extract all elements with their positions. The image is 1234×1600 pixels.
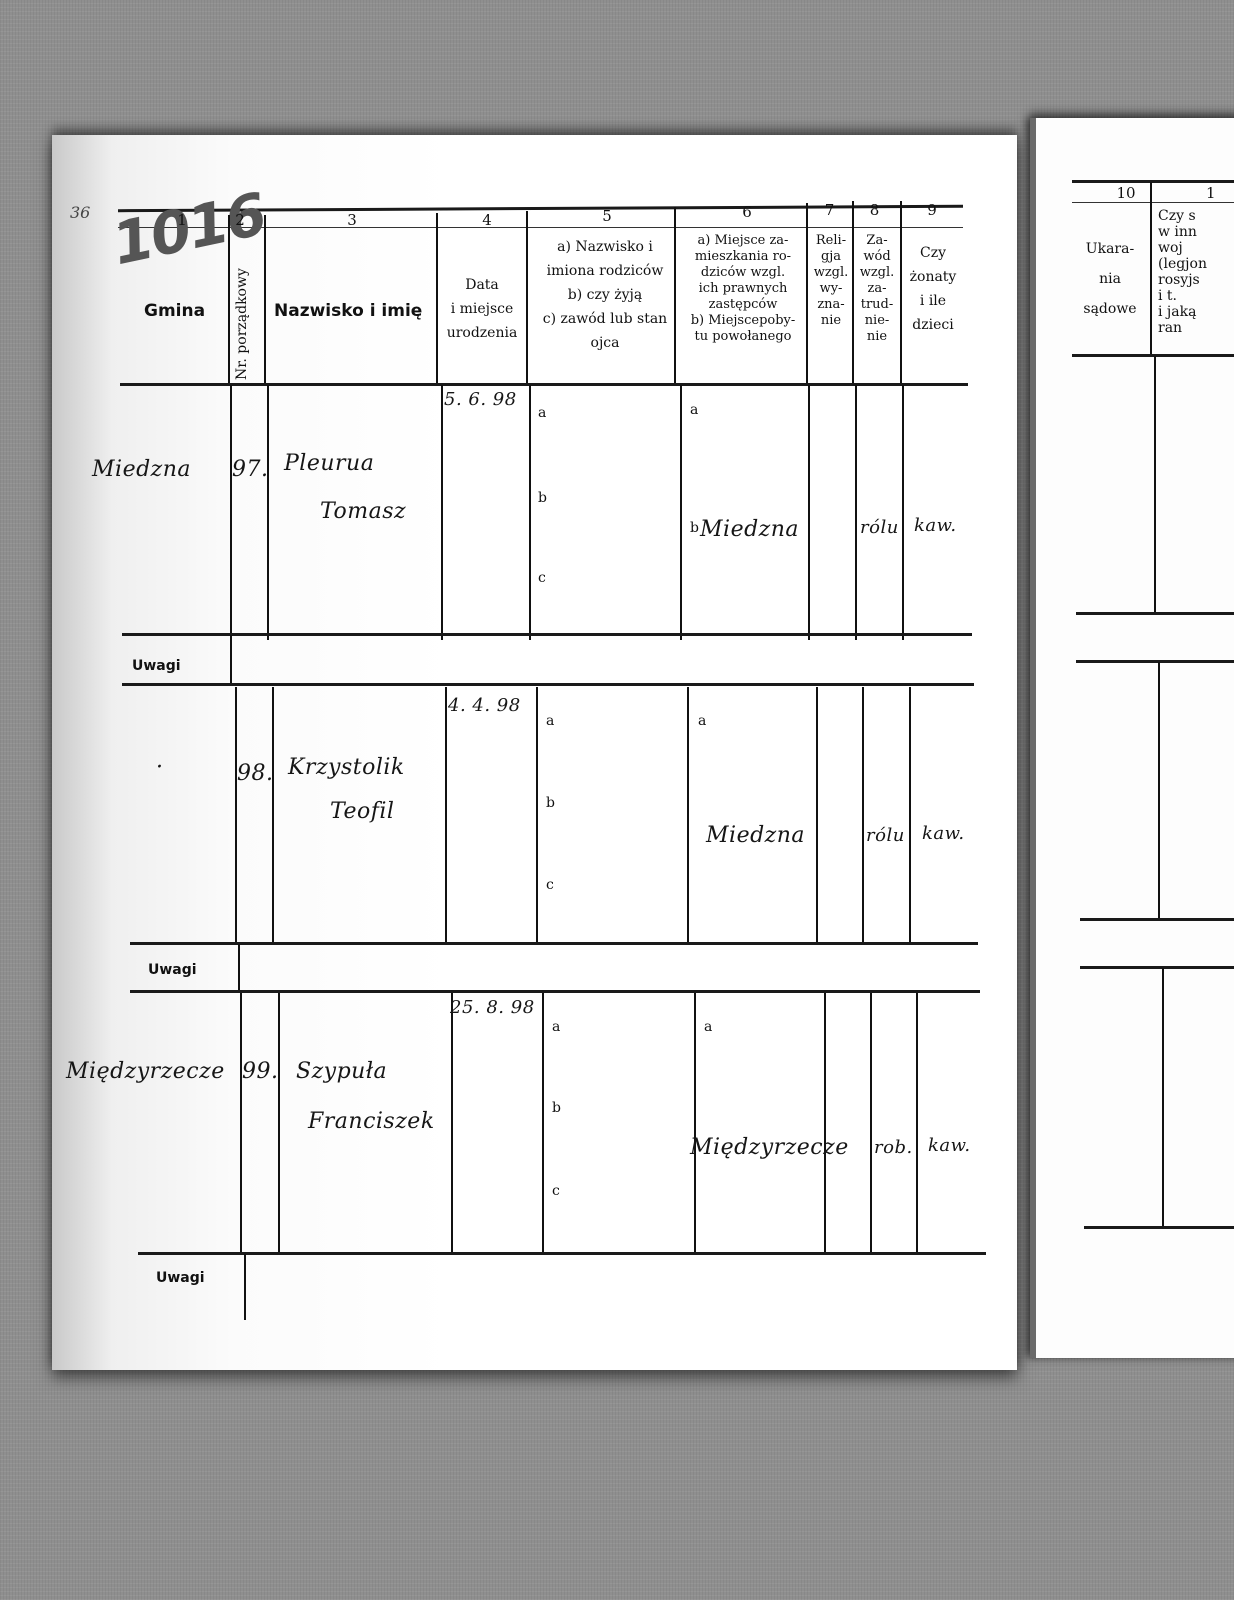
col-divider: [526, 211, 528, 383]
record-1-uwagi-rule: [122, 683, 974, 686]
header-rodzice-a: a) Nazwisko i: [530, 235, 680, 259]
header-zawod-line: za-: [854, 281, 900, 297]
col-divider: [808, 385, 810, 640]
record-1-label-a: a: [538, 405, 546, 421]
record-2-miejsce-a: a: [698, 713, 706, 729]
header-nazwisko-imie: Nazwisko i imię: [274, 301, 422, 321]
record-3-miejsce-a: a: [704, 1019, 712, 1035]
right-header-top-rule: [1072, 180, 1234, 183]
header-religia-line: wzgl.: [808, 265, 854, 281]
header-zawod-line: Za-: [854, 233, 900, 249]
col-divider: [674, 207, 676, 383]
col-divider: [436, 213, 438, 383]
header-ukarania-line: Ukara-: [1068, 234, 1152, 264]
header-religia: Reli- gja wzgl. wy- zna- nie: [808, 233, 854, 329]
uwagi-divider: [244, 1254, 246, 1320]
col-divider: [451, 993, 453, 1255]
uwagi-divider: [230, 635, 232, 685]
record-1-miejsce-a: a: [690, 402, 698, 418]
column-number-2: 2: [230, 211, 250, 229]
record-1-nr: 97.: [232, 457, 269, 482]
record-3-nr: 99.: [242, 1059, 279, 1084]
col-divider: [240, 993, 242, 1255]
record-2-zawod: rólu: [866, 825, 905, 846]
header-miejsce-a4: ich prawnych: [676, 281, 810, 297]
header-zawod-line: nie-: [854, 313, 900, 329]
col-divider: [900, 201, 902, 383]
col-divider: [855, 385, 857, 640]
header-zawod-line: wzgl.: [854, 265, 900, 281]
column-number-11: 1: [1186, 184, 1234, 202]
right-record-2-rule: [1080, 918, 1234, 921]
record-1-label-b: b: [538, 490, 547, 506]
col-divider: [1154, 356, 1156, 612]
col-divider: [687, 687, 689, 945]
col-divider: [694, 993, 696, 1255]
header-data-line3: urodzenia: [437, 321, 527, 345]
column-number-7: 7: [807, 201, 852, 219]
col-divider: [536, 687, 538, 945]
header-zonaty-line: Czy: [902, 241, 964, 265]
record-2-label-a: a: [546, 713, 554, 729]
column-number-1: 1: [162, 211, 202, 229]
header-sluzba-line: (legjon: [1158, 256, 1234, 272]
header-rodzice-b: b) czy żyją: [530, 283, 680, 307]
header-zawod-line: trud-: [854, 297, 900, 313]
header-sluzba-line: ran: [1158, 320, 1234, 336]
header-religia-line: Reli-: [808, 233, 854, 249]
right-record-3-rule: [1084, 1226, 1234, 1229]
header-sluzba-line: Czy s: [1158, 208, 1234, 224]
record-1-imie: Tomasz: [320, 499, 406, 524]
header-religia-line: gja: [808, 249, 854, 265]
col-divider: [1162, 968, 1164, 1226]
header-data-line2: i miejsce: [437, 297, 527, 321]
record-1-label-c: c: [538, 570, 546, 586]
record-3-gmina: Międzyrzecze: [66, 1059, 225, 1084]
header-sluzba-line: rosyjs: [1158, 272, 1234, 288]
header-ukarania: Ukara- nia sądowe: [1068, 234, 1152, 324]
record-3-label-c: c: [552, 1183, 560, 1199]
col-divider: [230, 385, 232, 640]
record-3-data-urodzenia: 25. 8. 98: [450, 997, 535, 1018]
col-divider: [542, 993, 544, 1255]
record-3-label-b: b: [552, 1100, 561, 1116]
header-sluzba-wojskowa: Czy s w inn woj (legjon rosyjs i t. i ja…: [1154, 208, 1234, 336]
ledger-right-page: 10 1 Ukara- nia sądowe Czy s w inn woj (…: [1030, 118, 1234, 1358]
header-religia-line: wy-: [808, 281, 854, 297]
header-miejsce-b1: b) Miejscepoby-: [676, 313, 810, 329]
record-1-miejsce-b-label: b: [690, 520, 699, 536]
header-rodzice-c2: ojca: [530, 331, 680, 355]
record-2-uwagi-rule: [130, 990, 980, 993]
record-1-bottom-rule: [122, 633, 972, 636]
col-divider: [824, 993, 826, 1255]
header-religia-line: zna-: [808, 297, 854, 313]
col-divider: [902, 385, 904, 640]
header-zonaty-line: i ile: [902, 289, 964, 313]
header-zonaty: Czy żonaty i ile dzieci: [902, 241, 964, 337]
header-zonaty-line: dzieci: [902, 313, 964, 337]
column-number-8: 8: [852, 201, 897, 219]
header-bottom-rule: [120, 383, 968, 386]
record-2-wyznanie: kaw.: [922, 823, 965, 844]
col-divider: [529, 385, 531, 640]
record-2-data-urodzenia: 4. 4. 98: [448, 695, 521, 716]
header-zawod: Za- wód wzgl. za- trud- nie- nie: [854, 233, 900, 345]
header-ukarania-line: nia: [1068, 264, 1152, 294]
record-2-imie: Teofil: [330, 799, 394, 824]
column-number-3: 3: [302, 211, 402, 229]
record-1-miejsce-pobytu: Miedzna: [700, 517, 799, 542]
header-rodzice-a2: imiona rodziców: [530, 259, 680, 283]
record-1-wyznanie: kaw.: [914, 515, 957, 536]
column-number-4: 4: [452, 211, 522, 229]
header-miejsce-a2: mieszkania ro-: [676, 249, 810, 265]
col-divider: [909, 687, 911, 945]
ledger-left-page: 36 1016 1 2 3 4 5 6 7 8 9 Gmina Nr. porz…: [52, 135, 1017, 1370]
header-nr-porzadkowy: Nr. porządkowy: [234, 268, 250, 380]
record-3-uwagi-label: Uwagi: [156, 1270, 205, 1286]
record-2-uwagi-label: Uwagi: [148, 962, 197, 978]
col-divider: [441, 385, 443, 640]
record-1-zawod: rólu: [860, 517, 899, 538]
col-divider: [806, 203, 808, 383]
col-divider: [852, 201, 854, 383]
col-divider: [264, 215, 266, 383]
uwagi-divider: [238, 944, 240, 992]
col-divider: [1158, 662, 1160, 918]
header-miejsce-b2: tu powołanego: [676, 329, 810, 345]
header-miejsce-a3: dziców wzgl.: [676, 265, 810, 281]
col-divider: [272, 687, 274, 945]
record-2-nr: 98.: [237, 761, 274, 786]
header-rodzice-c: c) zawód lub stan: [530, 307, 680, 331]
col-divider: [445, 687, 447, 945]
record-3-imie: Franciszek: [308, 1109, 435, 1134]
header-sluzba-line: i jaką: [1158, 304, 1234, 320]
record-1-uwagi-label: Uwagi: [132, 658, 181, 674]
column-number-5: 5: [542, 207, 672, 225]
header-rodzice: a) Nazwisko i imiona rodziców b) czy żyj…: [530, 235, 680, 355]
col-divider: [235, 687, 237, 945]
header-zonaty-line: żonaty: [902, 265, 964, 289]
right-record-2-uwagi-rule: [1080, 966, 1234, 969]
col-divider: [267, 385, 269, 640]
col-divider: [228, 215, 230, 383]
right-header-bottom-rule: [1072, 354, 1234, 357]
archive-mark: 1016: [107, 180, 271, 278]
col-divider: [862, 687, 864, 945]
record-3-bottom-rule: [138, 1252, 986, 1255]
record-3-label-a: a: [552, 1019, 560, 1035]
col-divider: [278, 993, 280, 1255]
header-gmina: Gmina: [144, 301, 205, 321]
header-data-line1: Data: [437, 273, 527, 297]
header-sluzba-line: i t.: [1158, 288, 1234, 304]
header-sluzba-line: woj: [1158, 240, 1234, 256]
record-2-gmina: ·: [156, 755, 164, 780]
header-religia-line: nie: [808, 313, 854, 329]
record-3-zawod: rob.: [874, 1137, 913, 1158]
corner-mark: 36: [70, 203, 90, 222]
header-miejsce-a1: a) Miejsce za-: [676, 233, 810, 249]
record-1-data-urodzenia: 5. 6. 98: [444, 389, 517, 410]
col-divider: [870, 993, 872, 1255]
right-record-1-rule: [1076, 612, 1234, 615]
column-number-9: 9: [902, 201, 962, 219]
column-number-10: 10: [1086, 184, 1166, 202]
col-divider: [680, 385, 682, 640]
header-miejsce-a5: zastępców: [676, 297, 810, 313]
header-data-urodzenia: Data i miejsce urodzenia: [437, 273, 527, 345]
record-2-nazwisko: Krzystolik: [288, 755, 405, 780]
record-3-wyznanie: kaw.: [928, 1135, 971, 1156]
col-divider: [816, 687, 818, 945]
record-2-bottom-rule: [130, 942, 978, 945]
record-1-nazwisko: Pleurua: [284, 451, 374, 476]
col-divider: [916, 993, 918, 1255]
header-zawod-line: nie: [854, 329, 900, 345]
header-sluzba-line: w inn: [1158, 224, 1234, 240]
right-record-1-uwagi-rule: [1076, 660, 1234, 663]
header-miejsce: a) Miejsce za- mieszkania ro- dziców wzg…: [676, 233, 810, 345]
record-2-label-b: b: [546, 795, 555, 811]
record-3-miejsce-pobytu: Międzyrzecze: [690, 1135, 849, 1160]
header-ukarania-line: sądowe: [1068, 294, 1152, 324]
record-1-gmina: Miedzna: [92, 457, 191, 482]
record-2-label-c: c: [546, 877, 554, 893]
record-3-nazwisko: Szypuła: [296, 1059, 387, 1084]
right-header-number-rule: [1072, 202, 1234, 203]
column-number-6: 6: [682, 203, 812, 221]
record-2-miejsce-pobytu: Miedzna: [706, 823, 805, 848]
header-zawod-line: wód: [854, 249, 900, 265]
